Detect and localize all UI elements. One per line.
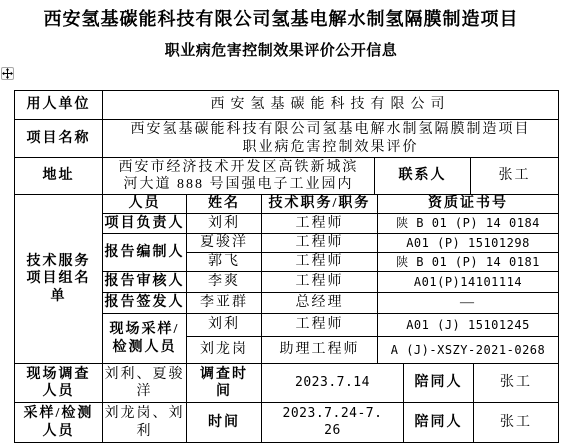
team-member-row: 郭飞 工程师 陕 B 01 (P) 14 0181 bbox=[187, 253, 559, 272]
table-row: 项目名称 西安氢基碳能科技有限公司氢基电解水制氢隔膜制造项目 职业病危害控制效果… bbox=[15, 120, 559, 158]
member-cert-cell: 陕 B 01 (P) 14 0184 bbox=[378, 214, 559, 234]
contact-label-cell: 联系人 bbox=[375, 158, 471, 195]
member-name-cell: 刘利 bbox=[187, 214, 262, 234]
survey-time-label-cell: 调查时 间 bbox=[187, 364, 262, 403]
team-group-row: 报告编制人 夏骏洋 工程师 A01 (P) 15101298 郭飞 工程师 陕 … bbox=[103, 234, 559, 272]
four-way-arrow-icon bbox=[2, 68, 13, 79]
employer-label-cell: 用人单位 bbox=[15, 91, 103, 120]
member-name-cell: 李爽 bbox=[187, 272, 262, 293]
sampling-time-label-cell: 时间 bbox=[187, 403, 262, 443]
member-title-cell: 工程师 bbox=[262, 234, 378, 253]
member-title-cell: 工程师 bbox=[262, 253, 378, 272]
member-cert-cell: A (J)-XSZY-2021-0268 bbox=[378, 337, 559, 364]
member-cert-cell: A01 (J) 15101245 bbox=[378, 314, 559, 337]
sampling-escort-label-cell: 陪同人 bbox=[404, 403, 474, 443]
member-title-cell: 工程师 bbox=[262, 272, 378, 293]
survey-label-cell: 现场调查 人员 bbox=[15, 364, 103, 403]
address-value-cell: 西安市经济技术开发区高铁新城滨 河大道 888 号国强电子工业园内 bbox=[103, 158, 375, 195]
team-group-row: 项目负责人 刘利 工程师 陕 B 01 (P) 14 0184 bbox=[103, 214, 559, 234]
team-member-row: 李亚群 总经理 — bbox=[187, 293, 559, 314]
info-table: 用人单位 西安氢基碳能科技有限公司 项目名称 西安氢基碳能科技有限公司氢基电解水… bbox=[14, 90, 559, 443]
member-name-cell: 郭飞 bbox=[187, 253, 262, 272]
team-member-row: 刘龙岗 助理工程师 A (J)-XSZY-2021-0268 bbox=[187, 337, 559, 364]
project-name-value-cell: 西安氢基碳能科技有限公司氢基电解水制氢隔膜制造项目 职业病危害控制效果评价 bbox=[103, 120, 559, 158]
project-name-label-cell: 项目名称 bbox=[15, 120, 103, 158]
table-row: 用人单位 西安氢基碳能科技有限公司 bbox=[15, 91, 559, 120]
member-name-cell: 李亚群 bbox=[187, 293, 262, 314]
document-title-line1: 西安氢基碳能科技有限公司氢基电解水制氢隔膜制造项目 bbox=[0, 5, 562, 31]
employer-value-cell: 西安氢基碳能科技有限公司 bbox=[103, 91, 559, 120]
member-name-cell: 刘龙岗 bbox=[187, 337, 262, 364]
member-name-cell: 夏骏洋 bbox=[187, 234, 262, 253]
team-role-cell: 报告审核人 bbox=[103, 272, 187, 293]
team-role-cell: 报告签发人 bbox=[103, 293, 187, 314]
table-row: 地址 西安市经济技术开发区高铁新城滨 河大道 888 号国强电子工业园内 联系人… bbox=[15, 158, 559, 195]
team-header-cert: 资质证书号 bbox=[378, 195, 559, 214]
team-header-title: 技术职务/职务 bbox=[262, 195, 378, 214]
member-title-cell: 工程师 bbox=[262, 314, 378, 337]
team-member-row: 刘利 工程师 A01 (J) 15101245 bbox=[187, 314, 559, 337]
team-header-name: 姓名 bbox=[187, 195, 262, 214]
document-title-line2: 职业病危害控制效果评价公开信息 bbox=[0, 39, 562, 60]
team-member-row: 李爽 工程师 A01(P)14101114 bbox=[187, 272, 559, 293]
document-page: 西安氢基碳能科技有限公司氢基电解水制氢隔膜制造项目 职业病危害控制效果评价公开信… bbox=[0, 0, 562, 444]
sampling-escort-value-cell: 张工 bbox=[474, 403, 559, 443]
team-member-row: 刘利 工程师 陕 B 01 (P) 14 0184 bbox=[187, 214, 559, 234]
sampling-time-value-cell: 2023.7.24-7. 26 bbox=[262, 403, 404, 443]
address-label-cell: 地址 bbox=[15, 158, 103, 195]
sampling-label-cell: 采样/检测 人员 bbox=[15, 403, 103, 443]
member-cert-cell: A01 (P) 15101298 bbox=[378, 234, 559, 253]
team-role-cell: 现场采样/ 检测人员 bbox=[103, 314, 187, 364]
survey-escort-label-cell: 陪同人 bbox=[404, 364, 474, 403]
team-section-label-cell: 技术服务 项目组名 单 bbox=[15, 195, 103, 364]
team-header-row: 人员 姓名 技术职务/职务 资质证书号 bbox=[103, 195, 559, 214]
table-move-handle[interactable] bbox=[1, 67, 14, 80]
team-member-row: 夏骏洋 工程师 A01 (P) 15101298 bbox=[187, 234, 559, 253]
team-group-row: 报告审核人 李爽 工程师 A01(P)14101114 bbox=[103, 272, 559, 293]
member-name-cell: 刘利 bbox=[187, 314, 262, 337]
member-title-cell: 助理工程师 bbox=[262, 337, 378, 364]
member-cert-cell: 陕 B 01 (P) 14 0181 bbox=[378, 253, 559, 272]
survey-names-cell: 刘利、夏骏 洋 bbox=[103, 364, 187, 403]
member-cert-cell: A01(P)14101114 bbox=[378, 272, 559, 293]
team-section-body: 人员 姓名 技术职务/职务 资质证书号 项目负责人 刘利 工程师 陕 B 01 … bbox=[103, 195, 559, 364]
team-role-cell: 项目负责人 bbox=[103, 214, 187, 234]
sampling-row: 采样/检测 人员 刘龙岗、刘 利 时间 2023.7.24-7. 26 陪同人 … bbox=[15, 403, 559, 443]
member-cert-cell: — bbox=[378, 293, 559, 314]
survey-escort-value-cell: 张工 bbox=[474, 364, 559, 403]
survey-time-value-cell: 2023.7.14 bbox=[262, 364, 404, 403]
team-group-row: 报告签发人 李亚群 总经理 — bbox=[103, 293, 559, 314]
member-title-cell: 总经理 bbox=[262, 293, 378, 314]
team-section: 技术服务 项目组名 单 人员 姓名 技术职务/职务 资质证书号 项目负责人 刘利… bbox=[15, 195, 559, 364]
survey-row: 现场调查 人员 刘利、夏骏 洋 调查时 间 2023.7.14 陪同人 张工 bbox=[15, 364, 559, 403]
contact-value-cell: 张工 bbox=[471, 158, 559, 195]
member-title-cell: 工程师 bbox=[262, 214, 378, 234]
team-role-cell: 报告编制人 bbox=[103, 234, 187, 272]
team-header-person: 人员 bbox=[103, 195, 187, 214]
sampling-names-cell: 刘龙岗、刘 利 bbox=[103, 403, 187, 443]
team-group-row: 现场采样/ 检测人员 刘利 工程师 A01 (J) 15101245 刘龙岗 助… bbox=[103, 314, 559, 364]
